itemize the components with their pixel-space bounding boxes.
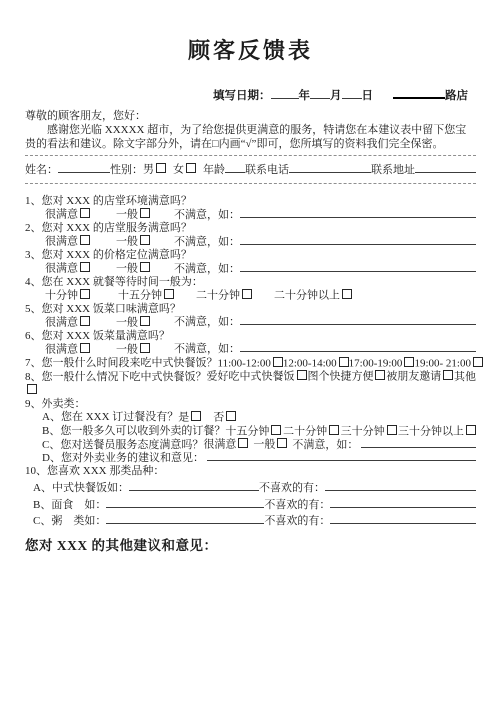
checkbox-option: 很满意 xyxy=(45,343,90,357)
month-label: 月 xyxy=(330,90,342,103)
dashed-divider-top xyxy=(25,155,476,156)
date-label: 填写日期： xyxy=(213,90,271,103)
age-label: 年龄 xyxy=(203,164,225,177)
text-segment: 10、您喜欢 XXX 那类品种： xyxy=(25,465,164,478)
question-1-title: 1、您对 XXX 的店堂环境满意吗？ xyxy=(25,195,476,208)
fill-line[interactable] xyxy=(330,523,476,524)
fill-line[interactable] xyxy=(240,351,476,352)
text-segment: 其他 xyxy=(454,371,476,384)
fill-line[interactable] xyxy=(325,490,476,491)
option-label: 一般 xyxy=(116,316,138,328)
question-3-title: 3、您对 XXX 的价格定位满意吗？ xyxy=(25,249,476,262)
checkbox-option: 一般 xyxy=(253,438,287,452)
checkbox[interactable] xyxy=(466,425,476,435)
date-line: 填写日期：年月日路店 xyxy=(25,90,476,103)
question-9-title: 9、外卖类： xyxy=(25,398,476,411)
question-9-c: C、您对送餐员服务态度满意吗？很满意一般不满意，如： xyxy=(25,438,476,452)
checkbox-option: 12:00-14:00 xyxy=(283,357,349,371)
question-10-title: 10、您喜欢 XXX 那类品种： xyxy=(25,465,476,478)
address-label: 联系地址 xyxy=(371,164,415,177)
question-4-options: 十分钟十五分钟二十分钟二十分钟以上 xyxy=(25,289,476,303)
option-label: 十分钟 xyxy=(45,290,78,302)
option-label: 很满意 xyxy=(203,439,236,451)
greeting-text: 尊敬的顾客朋友，您好： xyxy=(25,110,476,123)
checkbox[interactable] xyxy=(273,357,283,367)
option-label: 很满意 xyxy=(45,209,78,221)
checkbox-option: 十五分钟 xyxy=(225,425,281,439)
name-blank[interactable] xyxy=(58,172,110,173)
personal-info-line: 姓名：性别：男女年龄联系电话联系地址 xyxy=(25,163,476,177)
option-label: 否 xyxy=(213,411,224,423)
blank-field[interactable] xyxy=(106,507,264,508)
text-segment: A、中式快餐饭如： xyxy=(33,482,129,495)
checkbox-option: 三十分钟以上 xyxy=(398,425,476,439)
checkbox[interactable] xyxy=(375,370,385,380)
day-label: 日 xyxy=(362,90,374,103)
checkbox[interactable] xyxy=(156,163,166,173)
text-segment: B、您一般多久可以收到外卖的订餐？ xyxy=(42,425,225,438)
fill-line[interactable] xyxy=(207,460,476,461)
checkbox[interactable] xyxy=(80,289,90,299)
checkbox[interactable] xyxy=(80,343,90,353)
option-label: 十五分钟 xyxy=(118,290,162,302)
checkbox[interactable] xyxy=(164,289,174,299)
year-blank[interactable] xyxy=(271,98,299,99)
option-label: 三十分钟 xyxy=(341,425,385,437)
checkbox-option: 很满意 xyxy=(45,316,90,330)
checkbox[interactable] xyxy=(80,208,90,218)
checkbox[interactable] xyxy=(80,235,90,245)
option-label: 很满意 xyxy=(45,263,78,275)
option-label: 19:00- 21:00 xyxy=(414,357,471,369)
blank-field[interactable] xyxy=(106,523,264,524)
checkbox-option: 否 xyxy=(213,411,236,425)
checkbox-option: 11:00-12:00 xyxy=(218,357,283,371)
question-3-options: 很满意一般不满意，如： xyxy=(25,262,476,276)
text-segment: 2、您对 XXX 的店堂服务满意吗？ xyxy=(25,222,192,235)
checkbox-option xyxy=(25,384,37,398)
option-label: 二十分钟 xyxy=(283,425,327,437)
option-label: 很满意 xyxy=(45,343,78,355)
phone-label: 联系电话 xyxy=(245,164,289,177)
option-label: 一般 xyxy=(116,209,138,221)
question-10-b: B、面食 如：不喜欢的有： xyxy=(25,499,476,512)
question-8-line1: 8、您一般什么情况下吃中式快餐饭？爱好吃中式快餐饭图个快捷方便被朋友邀请其他 xyxy=(25,370,476,384)
checkbox[interactable] xyxy=(387,425,397,435)
checkbox-option: 是 xyxy=(178,411,201,425)
option-label: 一般 xyxy=(116,263,138,275)
checkbox[interactable] xyxy=(186,163,196,173)
checkbox[interactable] xyxy=(140,208,150,218)
option-label: 一般 xyxy=(116,343,138,355)
question-7: 7、您一般什么时间段来吃中式快餐饭？11:00-12:0012:00-14:00… xyxy=(25,357,476,371)
checkbox[interactable] xyxy=(473,357,483,367)
option-label: 十五分钟 xyxy=(225,425,269,437)
text-segment: 4、您在 XXX 就餐等待时间一般为： xyxy=(25,276,203,289)
fill-line[interactable] xyxy=(330,507,476,508)
gender-label: 性别： xyxy=(110,164,143,177)
fill-line[interactable] xyxy=(361,447,476,448)
checkbox[interactable] xyxy=(297,370,307,380)
option-label: 二十分钟 xyxy=(196,290,240,302)
other-suggestions-heading: 您对 XXX 的其他建议和意见： xyxy=(25,537,476,555)
year-label: 年 xyxy=(299,90,311,103)
question-10-c: C、粥 类如：不喜欢的有： xyxy=(25,515,476,528)
text-segment: A、您在 XXX 订过餐没有？ xyxy=(42,411,178,424)
text-segment: 不满意，如： xyxy=(174,263,240,276)
checkbox[interactable] xyxy=(271,425,281,435)
checkbox-option: 很满意 xyxy=(45,235,90,249)
phone-blank[interactable] xyxy=(289,172,371,173)
option-label: 很满意 xyxy=(45,236,78,248)
question-1-options: 很满意一般不满意，如： xyxy=(25,208,476,222)
question-5-options: 很满意一般不满意，如： xyxy=(25,316,476,330)
text-segment: 6、您对 XXX 饭菜量满意吗？ xyxy=(25,330,170,343)
text-segment: C、粥 类如： xyxy=(33,515,106,528)
question-9-a: A、您在 XXX 订过餐没有？是否 xyxy=(25,411,476,425)
text-segment: 不满意，如： xyxy=(174,209,240,222)
option-label: 三十分钟以上 xyxy=(398,425,464,437)
name-label: 姓名： xyxy=(25,164,58,177)
option-label: 17:00-19:00 xyxy=(349,357,403,369)
form-title: 顾客反馈表 xyxy=(25,36,476,66)
checkbox[interactable] xyxy=(342,289,352,299)
day-blank[interactable] xyxy=(342,98,362,99)
question-10-a: A、中式快餐饭如：不喜欢的有： xyxy=(25,482,476,495)
checkbox[interactable] xyxy=(140,316,150,326)
branch-suffix-label: 路店 xyxy=(445,90,468,103)
blank-field[interactable] xyxy=(129,490,259,491)
option-label: 很满意 xyxy=(45,316,78,328)
personal-info-row: 姓名：性别：男女年龄联系电话联系地址 xyxy=(25,163,476,177)
checkbox-option: 二十分钟 xyxy=(283,425,339,439)
text-segment: 8、您一般什么情况下吃中式快餐饭？ xyxy=(25,371,207,384)
checkbox-option: 19:00- 21:00 xyxy=(414,357,483,371)
fill-line[interactable] xyxy=(240,217,476,218)
checkbox-option: 十分钟 xyxy=(45,289,90,303)
text-segment: 不满意，如： xyxy=(292,439,358,452)
checkbox[interactable] xyxy=(339,357,349,367)
question-6-options: 很满意一般不满意，如： xyxy=(25,343,476,357)
text-segment: B、面食 如： xyxy=(33,499,106,512)
option-label: 11:00-12:00 xyxy=(218,357,271,369)
month-blank[interactable] xyxy=(310,98,330,99)
text-segment: 1、您对 XXX 的店堂环境满意吗？ xyxy=(25,195,192,208)
checkbox-option: 很满意 xyxy=(45,208,90,222)
checkbox-option: 一般 xyxy=(116,235,150,249)
text-segment: 不喜欢的有： xyxy=(264,515,330,528)
text-segment: 5、您对 XXX 饭菜口味满意吗？ xyxy=(25,303,181,316)
text-segment: 不满意，如： xyxy=(174,236,240,249)
checkbox[interactable] xyxy=(27,384,37,394)
text-segment: 不喜欢的有： xyxy=(259,482,325,495)
fill-line[interactable] xyxy=(240,244,476,245)
text-segment: D、您对外卖业务的建议和意见： xyxy=(42,452,204,465)
questions-list: 1、您对 XXX 的店堂环境满意吗？很满意一般不满意，如：2、您对 XXX 的店… xyxy=(25,195,476,528)
checkbox-option: 17:00-19:00 xyxy=(349,357,415,371)
option-label: 图个快捷方便 xyxy=(307,371,373,383)
option-label: 一般 xyxy=(116,236,138,248)
female-option: 女 xyxy=(173,163,196,177)
option-label: 男 xyxy=(143,164,154,176)
male-option: 男 xyxy=(143,163,166,177)
dashed-divider-bottom xyxy=(25,183,476,184)
feedback-form-page: 顾客反馈表 填写日期：年月日路店 尊敬的顾客朋友，您好： 感谢您光临 XXXXX… xyxy=(0,0,500,707)
checkbox-option: 二十分钟 xyxy=(196,289,252,303)
question-2-options: 很满意一般不满意，如： xyxy=(25,235,476,249)
text-segment: 3、您对 XXX 的价格定位满意吗？ xyxy=(25,249,192,262)
question-4-title: 4、您在 XXX 就餐等待时间一般为： xyxy=(25,276,476,289)
text-segment: 9、外卖类： xyxy=(25,398,86,411)
checkbox[interactable] xyxy=(443,370,453,380)
option-label: 被朋友邀请 xyxy=(386,371,441,383)
fill-line[interactable] xyxy=(240,271,476,272)
checkbox-option: 一般 xyxy=(116,343,150,357)
checkbox[interactable] xyxy=(242,289,252,299)
checkbox[interactable] xyxy=(80,262,90,272)
checkbox[interactable] xyxy=(277,438,287,448)
checkbox[interactable] xyxy=(140,262,150,272)
text-segment: 不满意，如： xyxy=(174,343,240,356)
fill-line[interactable] xyxy=(240,324,476,325)
question-9-b: B、您一般多久可以收到外卖的订餐？十五分钟二十分钟三十分钟三十分钟以上 xyxy=(25,425,476,439)
checkbox[interactable] xyxy=(329,425,339,435)
option-label: 12:00-14:00 xyxy=(283,357,337,369)
checkbox[interactable] xyxy=(191,411,201,421)
checkbox-option: 很满意 xyxy=(45,262,90,276)
checkbox[interactable] xyxy=(404,357,414,367)
intro-paragraph: 感谢您光临 XXXXX 超市，为了给您提供更满意的服务，特请您在本建议表中留下您… xyxy=(25,124,476,151)
checkbox-option: 十五分钟 xyxy=(118,289,174,303)
checkbox-option: 一般 xyxy=(116,208,150,222)
checkbox-option: 三十分钟 xyxy=(341,425,397,439)
checkbox[interactable] xyxy=(140,343,150,353)
branch-name-blank[interactable] xyxy=(393,97,445,99)
text-segment: 不满意，如： xyxy=(174,316,240,329)
option-label: 二十分钟以上 xyxy=(274,290,340,302)
question-9-d: D、您对外卖业务的建议和意见： xyxy=(25,452,476,465)
checkbox-option: 二十分钟以上 xyxy=(274,289,352,303)
checkbox-option: 爱好吃中式快餐饭 xyxy=(207,370,307,384)
date-line-row: 填写日期：年月日路店 xyxy=(25,90,476,103)
text-segment: 不喜欢的有： xyxy=(264,499,330,512)
question-5-title: 5、您对 XXX 饭菜口味满意吗？ xyxy=(25,303,476,316)
option-label: 一般 xyxy=(253,439,275,451)
option-label: 爱好吃中式快餐饭 xyxy=(207,371,295,383)
option-label: 是 xyxy=(178,411,189,423)
address-blank[interactable] xyxy=(415,172,476,173)
text-segment: C、您对送餐员服务态度满意吗？ xyxy=(42,439,203,452)
question-6-title: 6、您对 XXX 饭菜量满意吗？ xyxy=(25,330,476,343)
text-segment: 7、您一般什么时间段来吃中式快餐饭？ xyxy=(25,357,218,370)
checkbox[interactable] xyxy=(140,235,150,245)
checkbox-option: 一般 xyxy=(116,262,150,276)
question-8-line2 xyxy=(25,384,476,398)
checkbox-option: 很满意 xyxy=(203,438,248,452)
checkbox-option: 一般 xyxy=(116,316,150,330)
checkbox[interactable] xyxy=(238,438,248,448)
checkbox[interactable] xyxy=(226,411,236,421)
question-2-title: 2、您对 XXX 的店堂服务满意吗？ xyxy=(25,222,476,235)
age-blank[interactable] xyxy=(225,172,245,173)
checkbox-option: 图个快捷方便 xyxy=(307,370,385,384)
option-label: 女 xyxy=(173,164,184,176)
checkbox[interactable] xyxy=(80,316,90,326)
checkbox-option: 被朋友邀请 xyxy=(386,370,453,384)
